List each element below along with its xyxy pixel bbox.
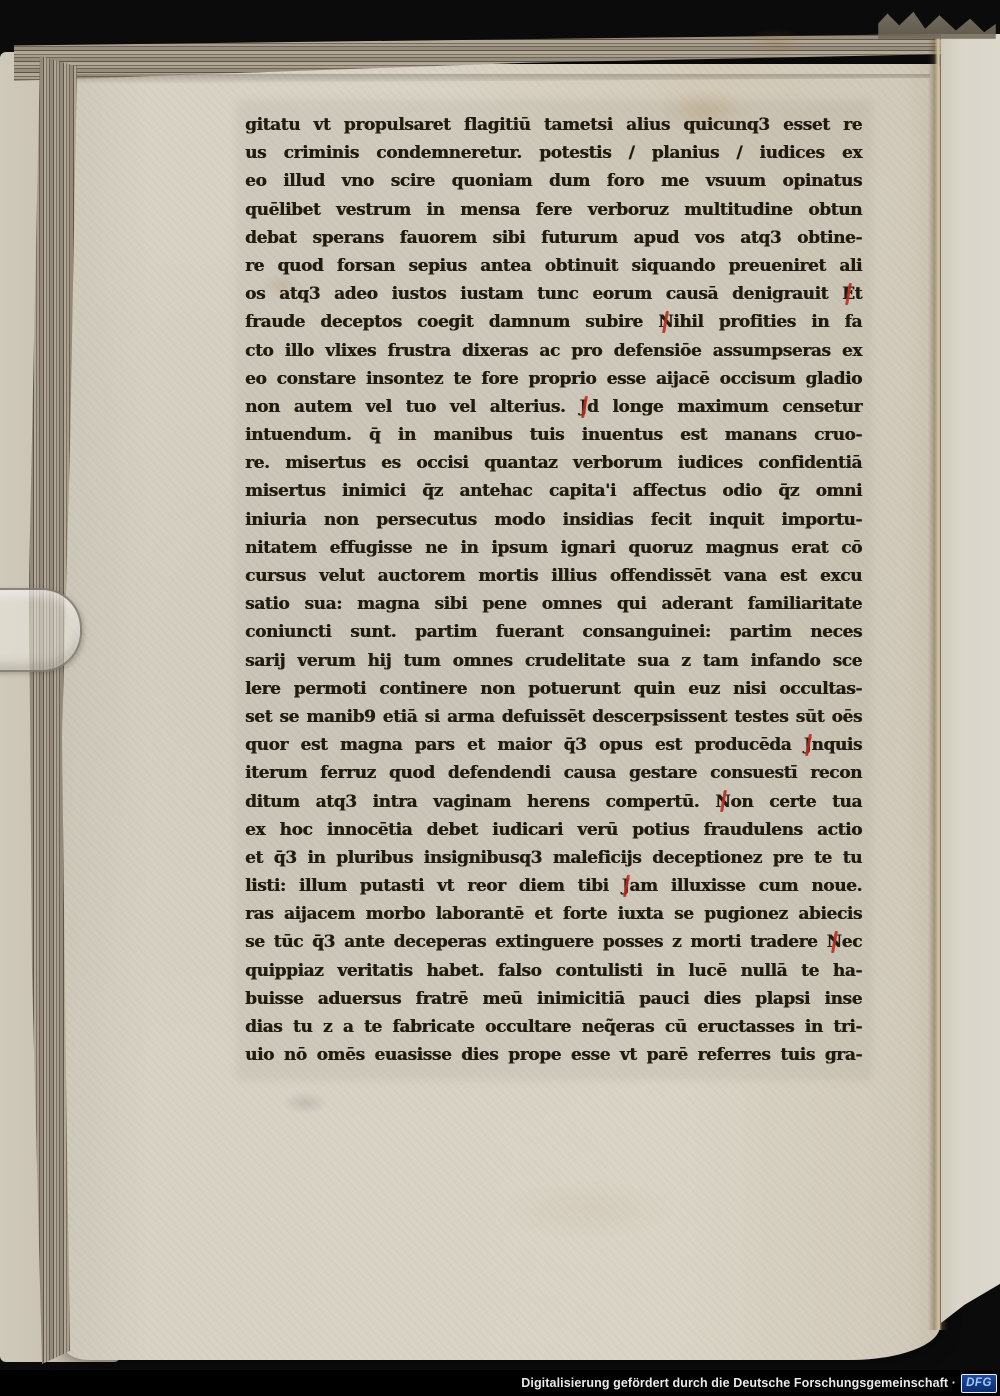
- text-segment: et q̄3 in pluribus insignibusq3 malefici…: [245, 848, 862, 868]
- text-line: eo illud vno scire quoniam dum foro me v…: [245, 167, 862, 195]
- text-line: cursus velut auctorem mortis illius offe…: [245, 562, 862, 590]
- text-segment: intuendum. q̄ in manibus tuis inuentus e…: [245, 425, 862, 445]
- text-segment: buisse aduersus fratrē meū inimicitiā pa…: [245, 989, 862, 1009]
- text-line: quippiaz veritatis habet. falso contulis…: [245, 957, 862, 985]
- text-segment: uio nō omēs euasisse dies prope esse vt …: [245, 1045, 862, 1065]
- text-line: re quod forsan sepius antea obtinuit siq…: [245, 252, 862, 280]
- text-line: iniuria non persecutus modo insidias fec…: [245, 506, 862, 534]
- dfg-logo: DFG: [961, 1374, 997, 1393]
- text-line: eo constare insontez te fore proprio ess…: [245, 365, 862, 393]
- text-line: os atq3 adeo iustos iustam tunc eorum ca…: [245, 280, 862, 308]
- text-segment: ihil profities in fa: [673, 312, 862, 332]
- text-line: cto illo vlixes frustra dixeras ac pro d…: [245, 337, 862, 365]
- text-line: et q̄3 in pluribus insignibusq3 malefici…: [245, 844, 862, 872]
- text-segment: lere permoti continere non potuerunt qui…: [245, 679, 862, 699]
- text-segment: cto illo vlixes frustra dixeras ac pro d…: [245, 341, 862, 361]
- text-line: re. misertus es occisi quantaz verborum …: [245, 449, 862, 477]
- text-segment: ec: [842, 932, 862, 952]
- text-line: sarij verum hij tum omnes crudelitate su…: [245, 647, 862, 675]
- text-segment: on certe tua: [730, 792, 862, 812]
- text-line: lere permoti continere non potuerunt qui…: [245, 675, 862, 703]
- text-segment: am illuxisse cum noue.: [629, 876, 862, 896]
- text-segment: satio sua: magna sibi pene omnes qui ade…: [245, 594, 862, 614]
- rubricated-initial: J: [579, 393, 587, 421]
- text-segment: quor est magna pars et maior q̄3 opus es…: [245, 735, 804, 755]
- rubricated-initial: J: [804, 731, 812, 759]
- text-line: quor est magna pars et maior q̄3 opus es…: [245, 731, 862, 759]
- text-line: ras aijacem morbo laborantē et forte iux…: [245, 900, 862, 928]
- text-line: uio nō omēs euasisse dies prope esse vt …: [245, 1041, 862, 1069]
- rubricated-initial: J: [622, 872, 630, 900]
- text-segment: ex hoc innocētia debet iudicari verū pot…: [245, 820, 862, 840]
- text-segment: sarij verum hij tum omnes crudelitate su…: [245, 651, 862, 671]
- text-line: nitatem effugisse ne in ipsum ignari quo…: [245, 534, 862, 562]
- text-segment: debat sperans fauorem sibi futurum apud …: [245, 228, 862, 248]
- text-segment: ditum atq3 intra vaginam herens compertū…: [245, 792, 715, 812]
- text-line: se tūc q̄3 ante deceperas extinguere pos…: [245, 928, 862, 956]
- digitization-credit-bar: Digitalisierung gefördert durch die Deut…: [0, 1370, 1000, 1396]
- rubricated-initial: N: [715, 788, 730, 816]
- rubricated-initial: N: [658, 308, 673, 336]
- text-line: iterum ferruz quod defendendi causa gest…: [245, 759, 862, 787]
- text-segment: se tūc q̄3 ante deceperas extinguere pos…: [245, 932, 826, 952]
- text-line: ditum atq3 intra vaginam herens compertū…: [245, 788, 862, 816]
- text-segment: iniuria non persecutus modo insidias fec…: [245, 510, 862, 530]
- text-segment: quēlibet vestrum in mensa fere verboruz …: [245, 200, 862, 220]
- transparent-page-holder-clip: [0, 588, 82, 672]
- text-segment: fraude deceptos coegit damnum subire: [245, 312, 658, 332]
- credit-text: Digitalisierung gefördert durch die Deut…: [521, 1376, 956, 1390]
- text-segment: nquis: [811, 735, 862, 755]
- text-line: dias tu z a te fabricate occultare neq̃e…: [245, 1013, 862, 1041]
- text-segment: cursus velut auctorem mortis illius offe…: [245, 566, 862, 586]
- text-line: coniuncti sunt. partim fuerant consangui…: [245, 618, 862, 646]
- text-line: debat sperans fauorem sibi futurum apud …: [245, 224, 862, 252]
- text-segment: d longe maximum censetur: [587, 397, 862, 417]
- text-segment: re. misertus es occisi quantaz verborum …: [245, 453, 862, 473]
- torn-paper-fragments: [878, 5, 996, 39]
- text-line: buisse aduersus fratrē meū inimicitiā pa…: [245, 985, 862, 1013]
- text-line: quēlibet vestrum in mensa fere verboruz …: [245, 196, 862, 224]
- text-segment: ras aijacem morbo laborantē et forte iux…: [245, 904, 862, 924]
- text-segment: dias tu z a te fabricate occultare neq̃e…: [245, 1017, 862, 1037]
- facing-page-sliver: [941, 34, 1000, 1336]
- text-segment: set se manib9 etiā si arma defuissēt des…: [245, 707, 862, 727]
- text-segment: us criminis condemneretur. potestis / pl…: [245, 143, 862, 163]
- text-segment: quippiaz veritatis habet. falso contulis…: [245, 961, 862, 981]
- text-line: gitatu vt propulsaret flagitiū tametsi a…: [245, 111, 862, 139]
- text-segment: misertus inimici q̄z antehac capita'i af…: [245, 481, 862, 501]
- text-line: set se manib9 etiā si arma defuissēt des…: [245, 703, 862, 731]
- text-line: fraude deceptos coegit damnum subire Nih…: [245, 308, 862, 336]
- text-line: us criminis condemneretur. potestis / pl…: [245, 139, 862, 167]
- text-segment: listi: illum putasti vt reor diem tibi: [245, 876, 622, 896]
- text-segment: iterum ferruz quod defendendi causa gest…: [245, 763, 862, 783]
- rubricated-initial: N: [826, 928, 841, 956]
- text-line: satio sua: magna sibi pene omnes qui ade…: [245, 590, 862, 618]
- text-line: intuendum. q̄ in manibus tuis inuentus e…: [245, 421, 862, 449]
- rubricated-initial: E: [842, 280, 855, 308]
- text-segment: nitatem effugisse ne in ipsum ignari quo…: [245, 538, 862, 558]
- text-segment: eo constare insontez te fore proprio ess…: [245, 369, 862, 389]
- text-segment: coniuncti sunt. partim fuerant consangui…: [245, 622, 862, 642]
- text-line: non autem vel tuo vel alterius. Jd longe…: [245, 393, 862, 421]
- text-segment: eo illud vno scire quoniam dum foro me v…: [245, 171, 862, 191]
- text-segment: non autem vel tuo vel alterius.: [245, 397, 579, 417]
- text-line: misertus inimici q̄z antehac capita'i af…: [245, 477, 862, 505]
- book-scan-viewport: gitatu vt propulsaret flagitiū tametsi a…: [0, 0, 1000, 1396]
- text-segment: os atq3 adeo iustos iustam tunc eorum ca…: [245, 284, 842, 304]
- text-line: ex hoc innocētia debet iudicari verū pot…: [245, 816, 862, 844]
- text-segment: t: [855, 284, 862, 304]
- text-line: listi: illum putasti vt reor diem tibi J…: [245, 872, 862, 900]
- text-segment: re quod forsan sepius antea obtinuit siq…: [245, 256, 862, 276]
- text-segment: gitatu vt propulsaret flagitiū tametsi a…: [245, 115, 862, 135]
- blackletter-text-block: gitatu vt propulsaret flagitiū tametsi a…: [245, 111, 862, 1069]
